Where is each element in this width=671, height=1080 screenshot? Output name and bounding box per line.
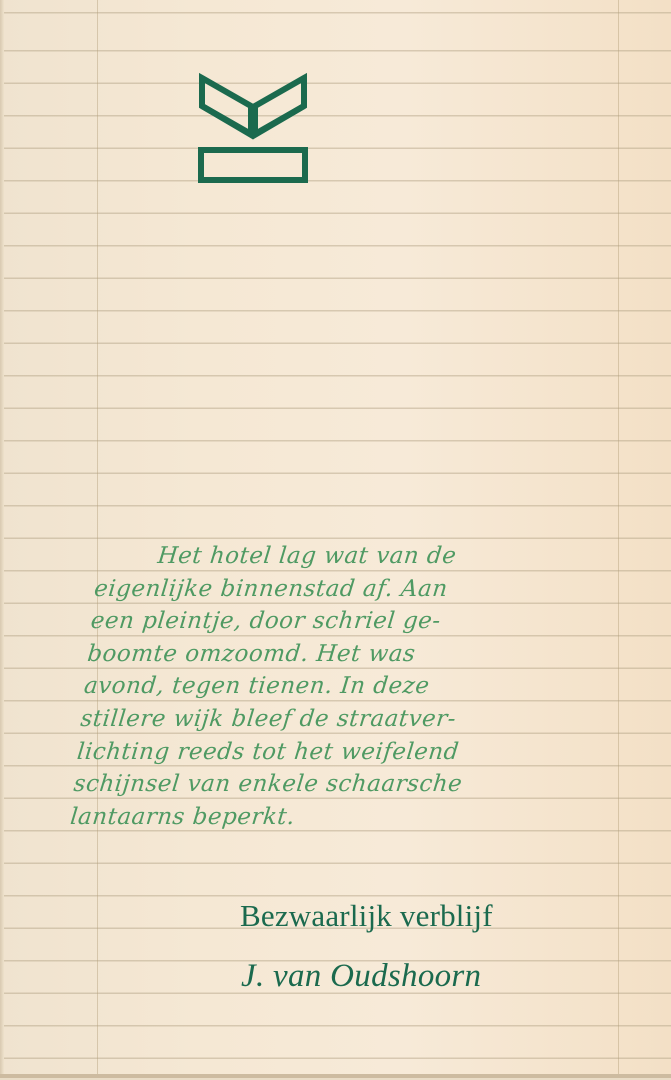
spine-edge [0, 0, 4, 1078]
handwritten-line: Het hotel lag wat van de [96, 540, 659, 573]
handwritten-line: lichting reeds tot het weifelend [75, 736, 638, 769]
handwritten-line: schijnsel van enkele schaarsche [72, 768, 635, 801]
book-author: J. van Oudshoorn [241, 958, 481, 995]
right-margin-line [618, 0, 619, 1078]
handwritten-line: een pleintje, door schriel ge- [89, 605, 652, 638]
handwritten-line: boomte omzoomd. Het was [86, 638, 649, 671]
left-margin-line [97, 0, 98, 1078]
handwritten-line: eigenlijke binnenstad af. Aan [93, 573, 656, 606]
handwritten-line: stillere wijk bleef de straatver- [79, 703, 642, 736]
book-cover: Het hotel lag wat van de eigenlijke binn… [0, 0, 671, 1078]
handwritten-line: lantaarns beperkt. [69, 801, 632, 834]
book-title: Bezwaarlijk verblijf [240, 898, 493, 934]
handwritten-line: avond, tegen tienen. In deze [82, 670, 645, 703]
bottom-edge [0, 1074, 671, 1078]
handwritten-excerpt: Het hotel lag wat van de eigenlijke binn… [69, 540, 660, 833]
k-emblem-icon [198, 72, 308, 184]
